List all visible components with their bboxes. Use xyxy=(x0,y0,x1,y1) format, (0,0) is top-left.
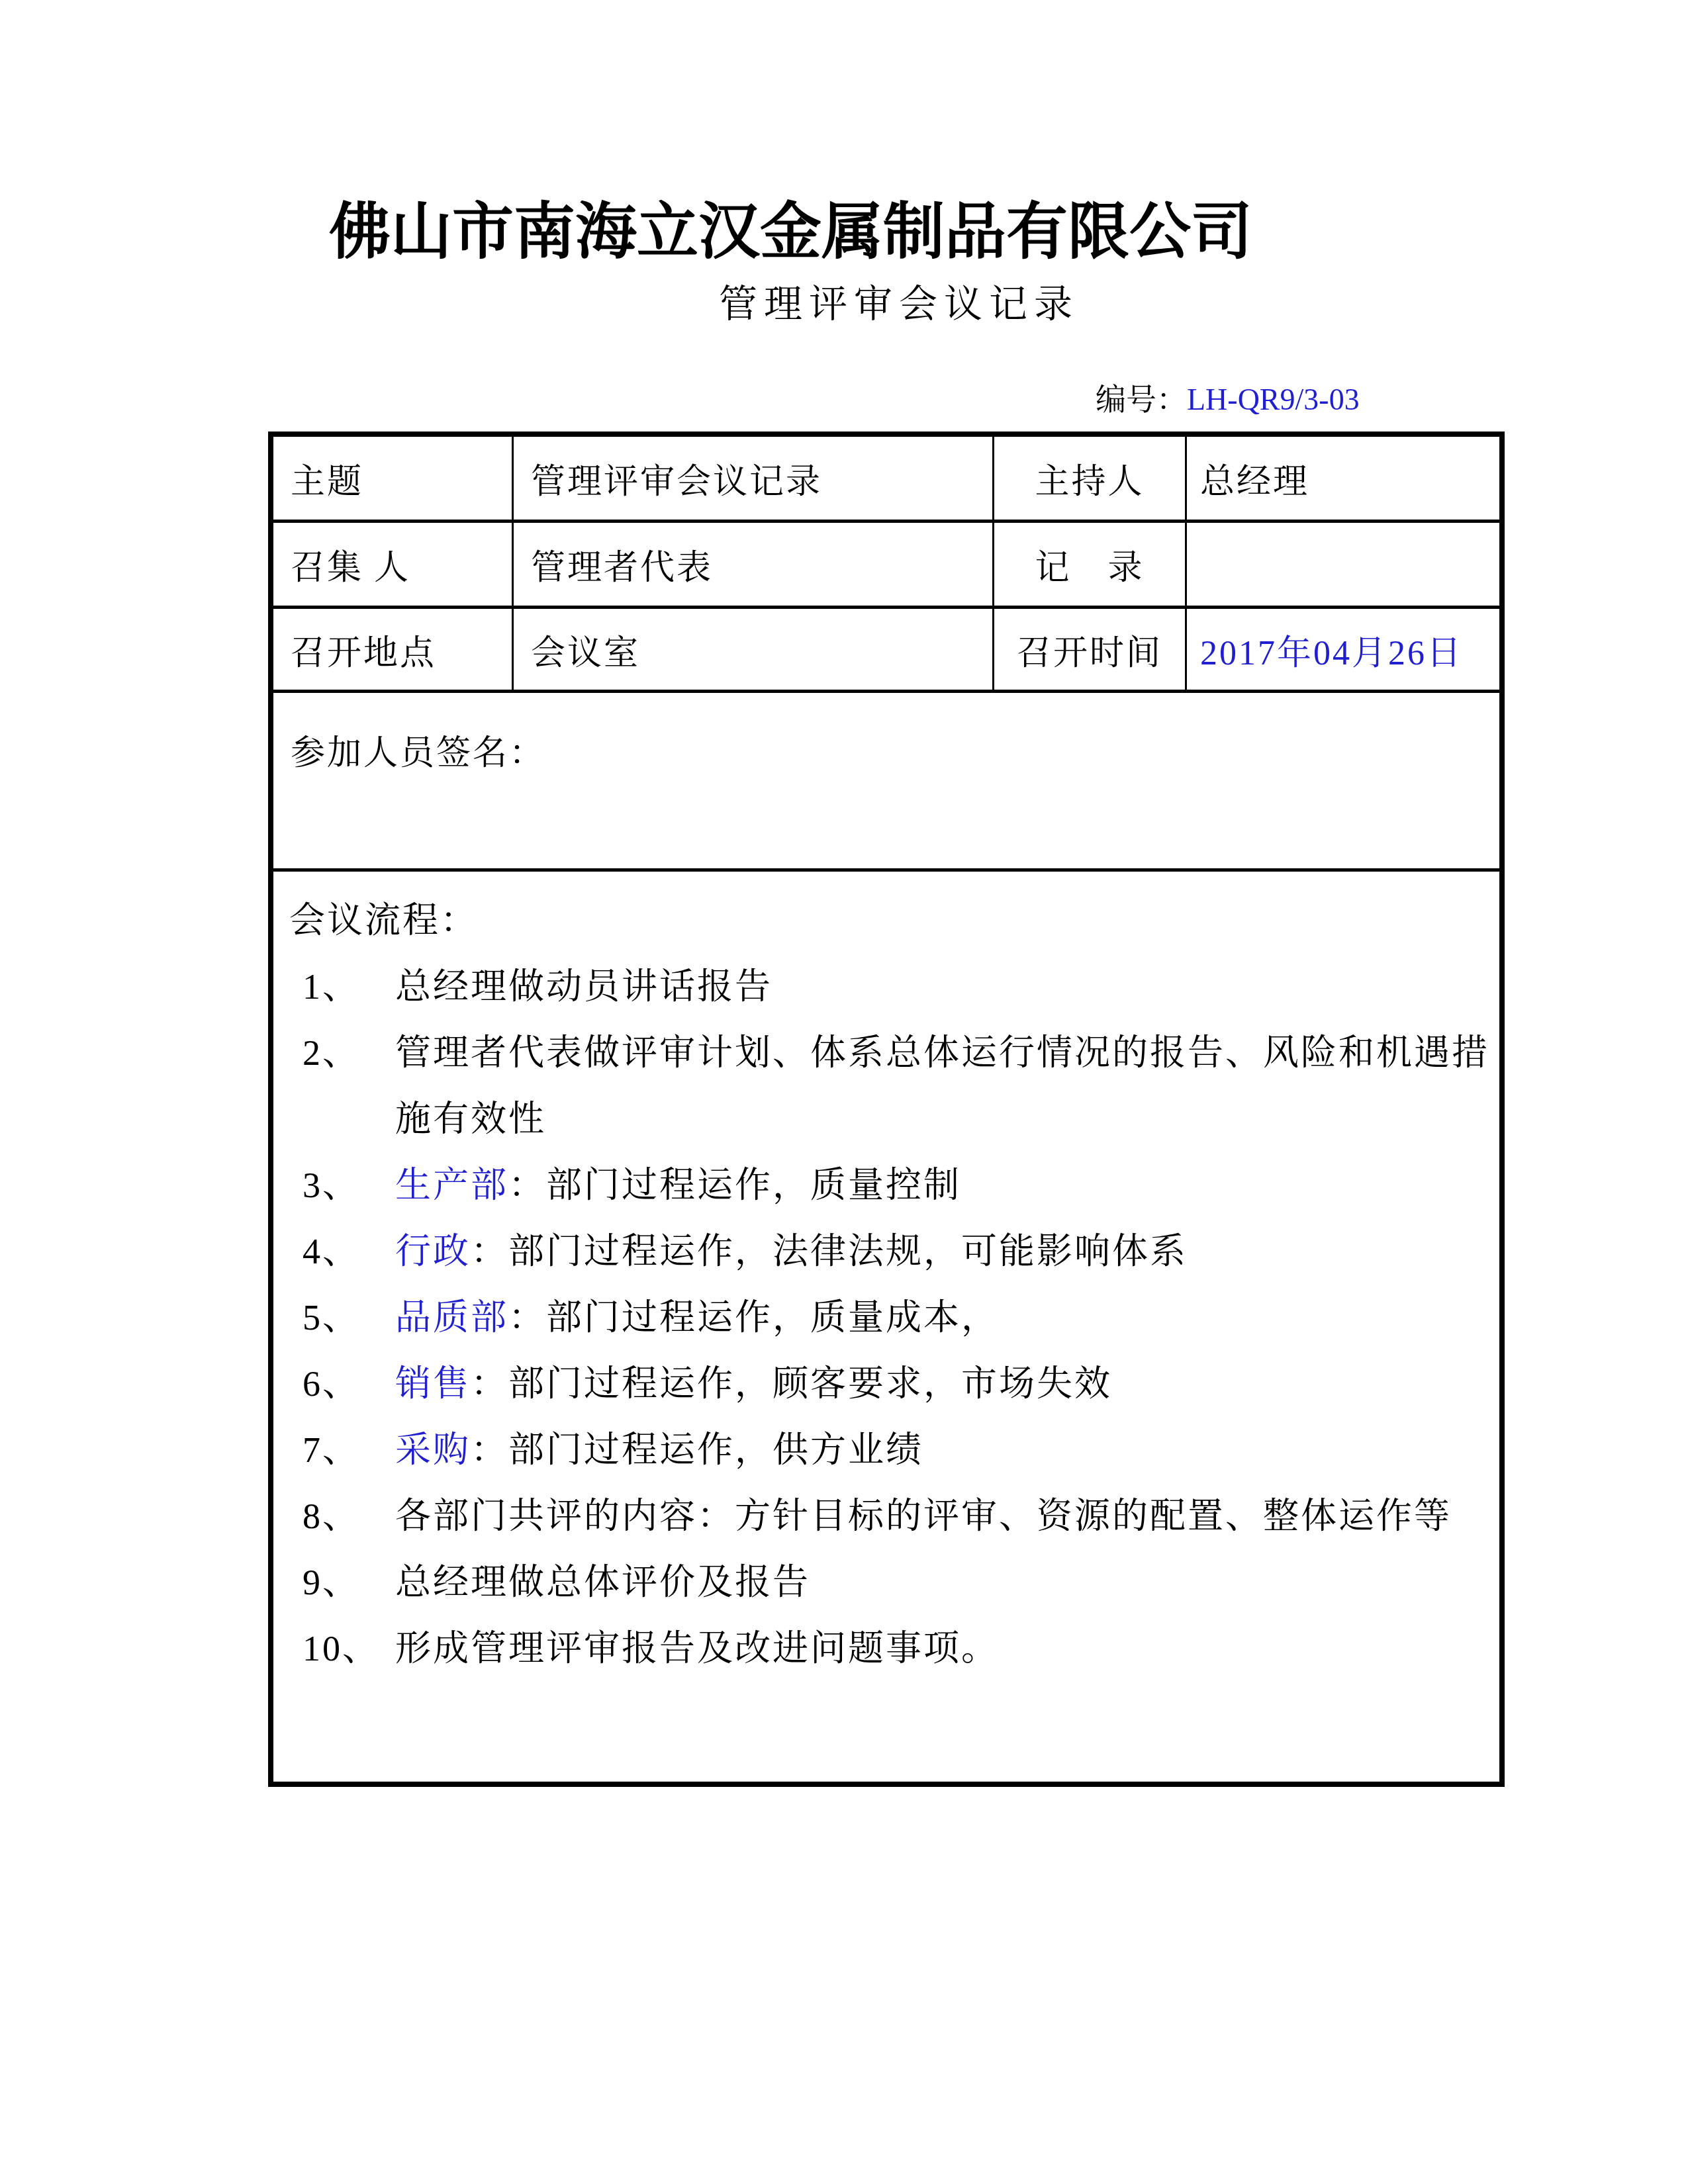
agenda-item-number: 3、 xyxy=(289,1152,395,1218)
agenda-item-dept: 行政 xyxy=(395,1232,471,1271)
agenda-item-body: 管理者代表做评审计划、体系总体运行情况的报告、风险和机遇措施有效性 xyxy=(395,1033,1489,1139)
agenda-item-body: 各部门共评的内容：方针目标的评审、资源的配置、整体运作等 xyxy=(395,1496,1452,1536)
table-row-convener: 召集 人 管理者代表 记 录 xyxy=(273,523,1499,609)
agenda-item-number: 4、 xyxy=(289,1218,395,1285)
agenda-item-3: 3、 生产部：部门过程运作，质量控制 xyxy=(289,1152,1491,1218)
agenda-item-dept: 生产部 xyxy=(395,1165,508,1205)
agenda-item-8: 8、 各部门共评的内容：方针目标的评审、资源的配置、整体运作等 xyxy=(289,1483,1491,1549)
agenda-item-dept: 品质部 xyxy=(395,1298,508,1338)
agenda-item-body: ：部门过程运作，质量控制 xyxy=(508,1165,961,1205)
agenda-item-dept: 销售 xyxy=(395,1364,471,1404)
agenda-item-text: 采购：部门过程运作，供方业绩 xyxy=(395,1417,1491,1483)
agenda-item-number: 6、 xyxy=(289,1351,395,1417)
recorder-value xyxy=(1187,523,1499,606)
meeting-record-table: 主题 管理评审会议记录 主持人 总经理 召集 人 管理者代表 记 录 召开地点 … xyxy=(268,432,1505,1787)
agenda-item-9: 9、 总经理做总体评价及报告 xyxy=(289,1549,1491,1615)
agenda-item-number: 8、 xyxy=(289,1483,395,1549)
table-row-agenda: 会议流程： 1、 总经理做动员讲话报告 2、 管理者代表做评审计划、体系总体运行… xyxy=(273,872,1499,1782)
agenda-item-body: ：部门过程运作，供方业绩 xyxy=(471,1430,923,1470)
document-code-line: 编号：LH-QR9/3-03 xyxy=(1096,381,1360,419)
agenda-item-text: 销售：部门过程运作，顾客要求，市场失效 xyxy=(395,1351,1491,1417)
time-value: 2017年04月26日 xyxy=(1187,609,1499,690)
agenda-item-number: 2、 xyxy=(289,1020,395,1086)
topic-value: 管理评审会议记录 xyxy=(514,437,994,520)
agenda-item-text: 总经理做总体评价及报告 xyxy=(395,1549,1491,1615)
agenda-item-10: 10、 形成管理评审报告及改进问题事项。 xyxy=(289,1615,1491,1682)
agenda-item-body: 形成管理评审报告及改进问题事项。 xyxy=(395,1629,999,1668)
agenda-heading: 会议流程： xyxy=(289,887,1491,954)
agenda-item-number: 1、 xyxy=(289,954,395,1020)
document-page: { "colors": { "accent_blue": "#1f1fd0", … xyxy=(0,0,1688,2184)
agenda-item-5: 5、 品质部：部门过程运作，质量成本， xyxy=(289,1285,1491,1351)
agenda-section: 会议流程： 1、 总经理做动员讲话报告 2、 管理者代表做评审计划、体系总体运行… xyxy=(273,872,1499,1782)
agenda-item-dept: 采购 xyxy=(395,1430,471,1470)
convener-value: 管理者代表 xyxy=(514,523,994,606)
document-title: 管理评审会议记录 xyxy=(719,283,1079,326)
agenda-item-1: 1、 总经理做动员讲话报告 xyxy=(289,954,1491,1020)
table-row-location: 召开地点 会议室 召开时间 2017年04月26日 xyxy=(273,609,1499,693)
agenda-item-number: 7、 xyxy=(289,1417,395,1483)
signature-label: 参加人员签名： xyxy=(273,693,1499,868)
agenda-item-body: ：部门过程运作，法律法规，可能影响体系 xyxy=(471,1232,1188,1271)
location-label: 召开地点 xyxy=(273,609,514,690)
agenda-item-number: 5、 xyxy=(289,1285,395,1351)
agenda-item-body: 总经理做动员讲话报告 xyxy=(395,967,773,1007)
table-row-topic: 主题 管理评审会议记录 主持人 总经理 xyxy=(273,437,1499,523)
agenda-item-number: 9、 xyxy=(289,1549,395,1615)
document-code-value: LH-QR9/3-03 xyxy=(1187,383,1360,416)
agenda-item-2: 2、 管理者代表做评审计划、体系总体运行情况的报告、风险和机遇措施有效性 xyxy=(289,1020,1491,1152)
company-title: 佛山市南海立汉金属制品有限公司 xyxy=(329,199,1252,265)
convener-label: 召集 人 xyxy=(273,523,514,606)
location-value: 会议室 xyxy=(514,609,994,690)
agenda-item-text: 行政：部门过程运作，法律法规，可能影响体系 xyxy=(395,1218,1491,1285)
agenda-item-7: 7、 采购：部门过程运作，供方业绩 xyxy=(289,1417,1491,1483)
table-row-signatures: 参加人员签名： xyxy=(273,693,1499,872)
recorder-label: 记 录 xyxy=(994,523,1187,606)
agenda-item-text: 品质部：部门过程运作，质量成本， xyxy=(395,1285,1491,1351)
agenda-item-text: 形成管理评审报告及改进问题事项。 xyxy=(395,1615,1491,1682)
document-code-label: 编号： xyxy=(1096,383,1187,416)
host-label: 主持人 xyxy=(994,437,1187,520)
page-background: 佛山市南海立汉金属制品有限公司 管理评审会议记录 编号：LH-QR9/3-03 … xyxy=(0,0,1688,2184)
topic-label: 主题 xyxy=(273,437,514,520)
host-value: 总经理 xyxy=(1187,437,1499,520)
agenda-item-body: 总经理做总体评价及报告 xyxy=(395,1563,810,1602)
agenda-item-text: 总经理做动员讲话报告 xyxy=(395,954,1491,1020)
agenda-item-body: ：部门过程运作，质量成本， xyxy=(508,1298,999,1338)
agenda-item-text: 生产部：部门过程运作，质量控制 xyxy=(395,1152,1491,1218)
agenda-item-text: 各部门共评的内容：方针目标的评审、资源的配置、整体运作等 xyxy=(395,1483,1491,1549)
agenda-item-4: 4、 行政：部门过程运作，法律法规，可能影响体系 xyxy=(289,1218,1491,1285)
agenda-item-number: 10、 xyxy=(289,1615,395,1682)
agenda-item-6: 6、 销售：部门过程运作，顾客要求，市场失效 xyxy=(289,1351,1491,1417)
time-label: 召开时间 xyxy=(994,609,1187,690)
agenda-item-body: ：部门过程运作，顾客要求，市场失效 xyxy=(471,1364,1112,1404)
agenda-item-text: 管理者代表做评审计划、体系总体运行情况的报告、风险和机遇措施有效性 xyxy=(395,1020,1491,1152)
